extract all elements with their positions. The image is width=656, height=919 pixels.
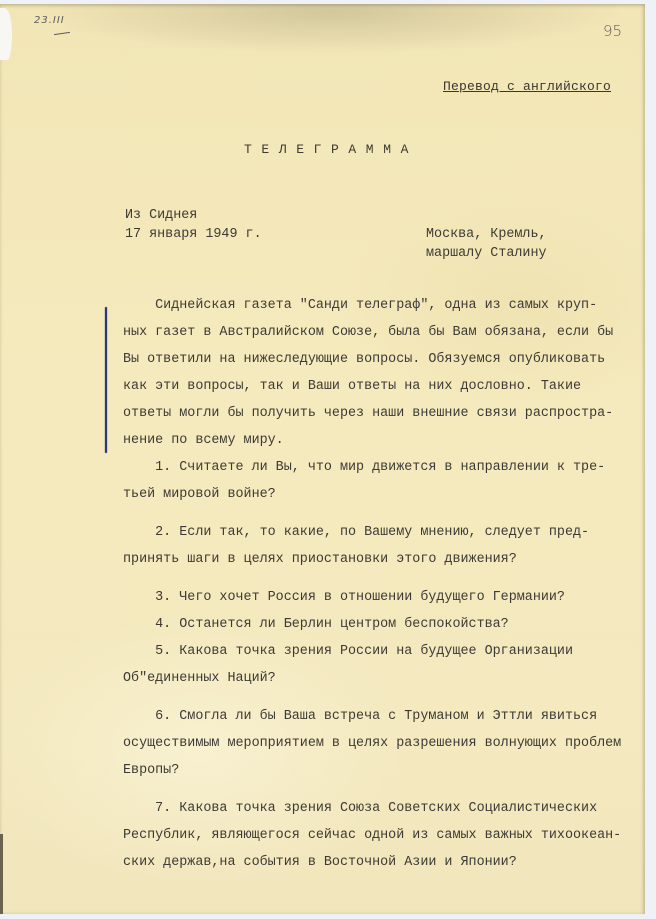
recipient-address: Москва, Кремль, (426, 225, 547, 244)
sender-origin: Из Сиднея (125, 206, 262, 225)
torn-corner (0, 8, 12, 60)
sender-date: 17 января 1949 г. (125, 225, 262, 244)
telegram-page: 23.III 95 Перевод с английского ТЕЛЕГРАМ… (0, 4, 645, 914)
translation-note: Перевод с английского (443, 79, 611, 94)
question-line: тьей мировой войне? (123, 481, 643, 508)
sender-block: Из Сиднея 17 января 1949 г. (125, 206, 262, 244)
question-line: осуществимым мероприятием в целях разреш… (123, 730, 643, 757)
text-line: как эти вопросы, так и Ваши ответы на ни… (123, 373, 643, 400)
recipient-block: Москва, Кремль, маршалу Сталину (426, 225, 547, 263)
question-line: 6. Смогла ли бы Ваша встреча с Труманом … (123, 703, 643, 730)
text-line: ных газет в Австралийском Союзе, была бы… (123, 319, 643, 346)
text-line: нение по всему миру. (123, 427, 643, 454)
question-line: 7. Какова точка зрения Союза Советских С… (123, 795, 643, 822)
question-line: 1. Считаете ли Вы, что мир движется в на… (123, 454, 643, 481)
spacer (123, 573, 643, 584)
question-line: принять шаги в целях приостановки этого … (123, 546, 643, 573)
question-item: 1. Считаете ли Вы, что мир движется в на… (123, 454, 643, 508)
question-line: 3. Чего хочет Россия в отношении будущег… (123, 584, 643, 611)
question-line: 4. Останется ли Берлин центром беспокойс… (123, 611, 643, 638)
sheet-number: 95 (603, 22, 622, 40)
question-line: ских держав,на события в Восточной Азии … (123, 849, 643, 876)
margin-pencil-mark (105, 307, 107, 453)
question-item: 2. Если так, то какие, по Вашему мнению,… (123, 519, 643, 573)
question-line: 2. Если так, то какие, по Вашему мнению,… (123, 519, 643, 546)
page-edge-shadow (0, 834, 3, 914)
spacer (123, 692, 643, 703)
question-item: 4. Останется ли Берлин центром беспокойс… (123, 611, 643, 638)
question-line: Об"единенных Наций? (123, 665, 643, 692)
question-line: Европы? (123, 757, 643, 784)
question-item: 6. Смогла ли бы Ваша встреча с Труманом … (123, 703, 643, 784)
spacer (123, 508, 643, 519)
text-line: ответы могли бы получить через наши внеш… (123, 400, 643, 427)
recipient-name: маршалу Сталину (426, 244, 547, 263)
telegram-body: Сиднейская газета "Санди телеграф", одна… (123, 292, 643, 876)
text-line: Сиднейская газета "Санди телеграф", одна… (123, 292, 643, 319)
question-line: Республик, являющегося сейчас одной из с… (123, 822, 643, 849)
spacer (123, 784, 643, 795)
archive-mark: 23.III (34, 15, 65, 26)
question-item: 7. Какова точка зрения Союза Советских С… (123, 795, 643, 876)
intro-paragraph: Сиднейская газета "Санди телеграф", одна… (123, 292, 643, 454)
question-line: 5. Какова точка зрения России на будущее… (123, 638, 643, 665)
document-title: ТЕЛЕГРАММА (244, 142, 418, 157)
text-line: Вы ответили на нижеследующие вопросы. Об… (123, 346, 643, 373)
question-item: 3. Чего хочет Россия в отношении будущег… (123, 584, 643, 611)
question-item: 5. Какова точка зрения России на будущее… (123, 638, 643, 692)
